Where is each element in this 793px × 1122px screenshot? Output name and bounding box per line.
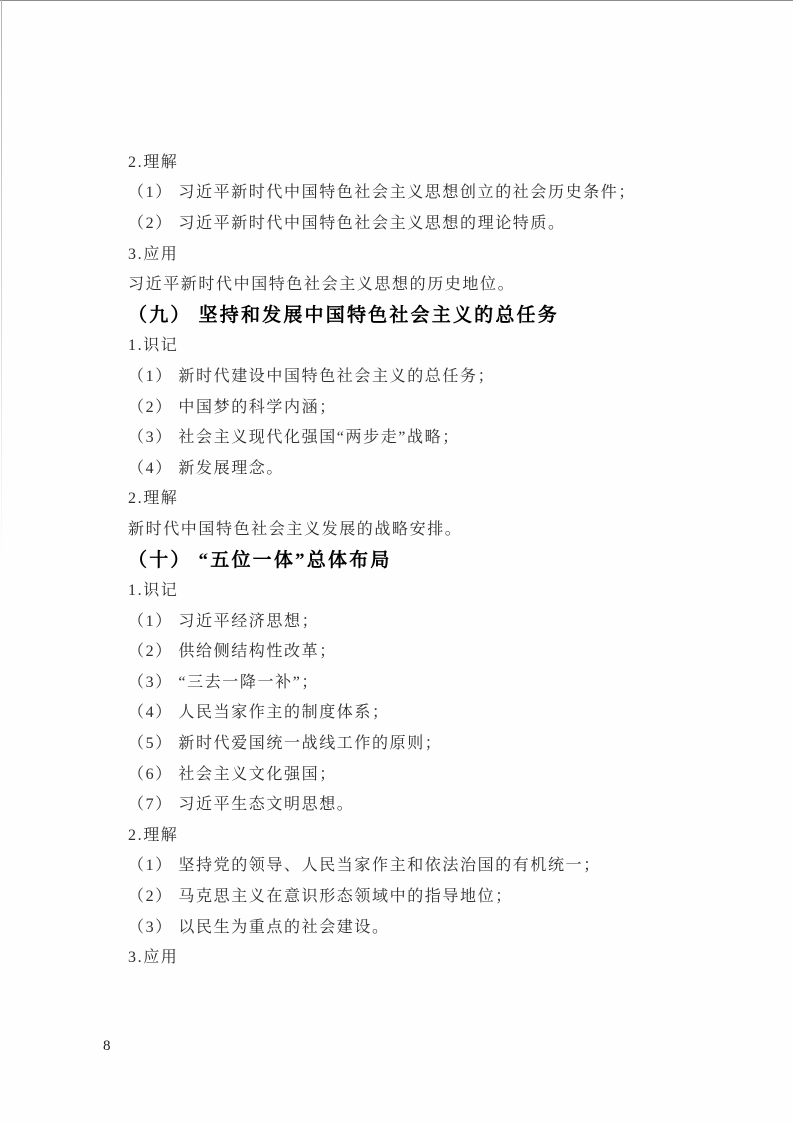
outline-level-label: 2.理解	[128, 482, 688, 513]
outline-item: （1） 习近平新时代中国特色社会主义思想创立的社会历史条件；	[128, 176, 688, 207]
outline-item: （4） 人民当家作主的制度体系；	[128, 696, 688, 727]
scan-left-edge	[1, 0, 2, 560]
outline-content: 2.理解 （1） 习近平新时代中国特色社会主义思想创立的社会历史条件； （2） …	[128, 145, 688, 971]
outline-level-label: 1.识记	[128, 329, 688, 360]
outline-item: （1） 习近平经济思想；	[128, 604, 688, 635]
outline-level-label: 2.理解	[128, 145, 688, 176]
scan-top-edge	[0, 0, 793, 1]
outline-level-label: 1.识记	[128, 573, 688, 604]
outline-item: （5） 新时代爱国统一战线工作的原则；	[128, 726, 688, 757]
outline-level-label: 3.应用	[128, 237, 688, 268]
outline-item: （2） 供给侧结构性改革；	[128, 635, 688, 666]
outline-item: （7） 习近平生态文明思想。	[128, 787, 688, 818]
outline-item: （3） “三去一降一补”；	[128, 665, 688, 696]
outline-item: （1） 坚持党的领导、人民当家作主和依法治国的有机统一；	[128, 849, 688, 880]
outline-item: （2） 马克思主义在意识形态领域中的指导地位；	[128, 879, 688, 910]
section-heading-9: （九） 坚持和发展中国特色社会主义的总任务	[128, 298, 688, 329]
outline-level-label: 2.理解	[128, 818, 688, 849]
outline-item: （1） 新时代建设中国特色社会主义的总任务；	[128, 359, 688, 390]
section-heading-10: （十） “五位一体”总体布局	[128, 543, 688, 574]
outline-item: （3） 社会主义现代化强国“两步走”战略；	[128, 420, 688, 451]
outline-item: （3） 以民生为重点的社会建设。	[128, 910, 688, 941]
outline-item: （6） 社会主义文化强国；	[128, 757, 688, 788]
outline-paragraph: 习近平新时代中国特色社会主义思想的历史地位。	[128, 267, 688, 298]
outline-item: （2） 中国梦的科学内涵；	[128, 390, 688, 421]
outline-level-label: 3.应用	[128, 940, 688, 971]
outline-paragraph: 新时代中国特色社会主义发展的战略安排。	[128, 512, 688, 543]
outline-item: （2） 习近平新时代中国特色社会主义思想的理论特质。	[128, 206, 688, 237]
outline-item: （4） 新发展理念。	[128, 451, 688, 482]
document-page: 2.理解 （1） 习近平新时代中国特色社会主义思想创立的社会历史条件； （2） …	[0, 0, 793, 1122]
page-number: 8	[103, 1038, 111, 1055]
